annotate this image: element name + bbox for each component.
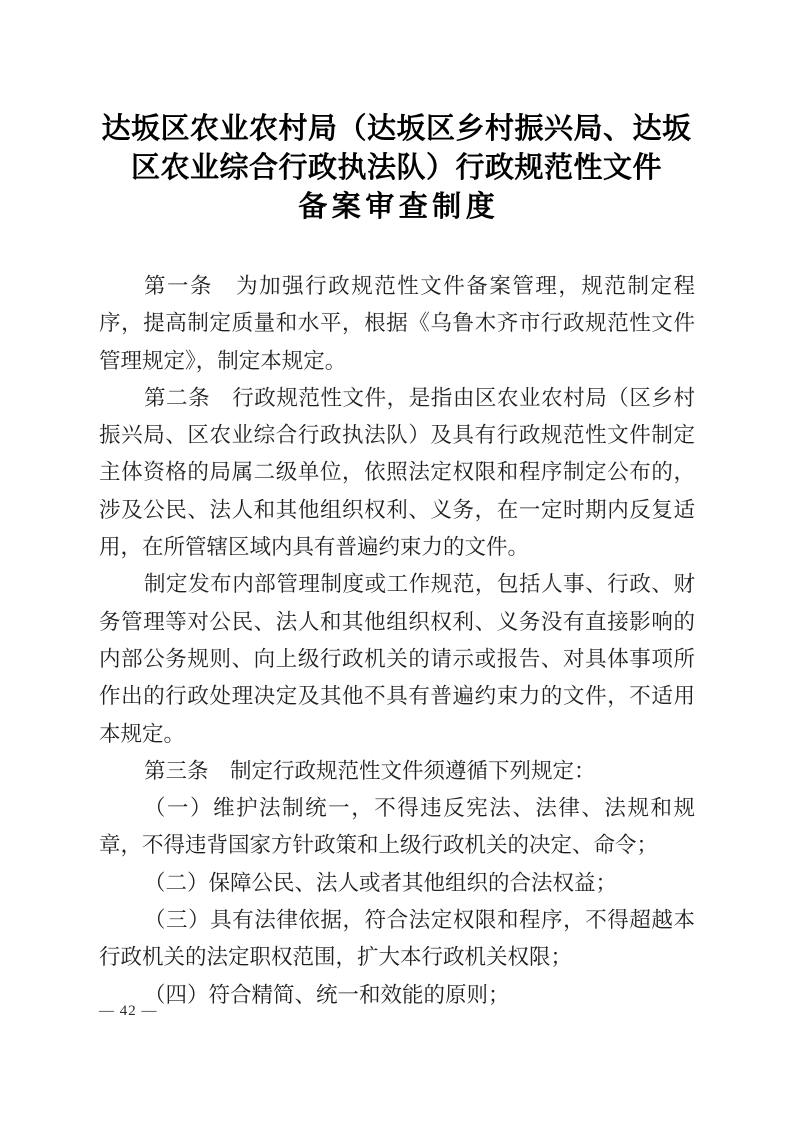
paragraph-article-3-item-2: （二）保障公民、法人或者其他组织的合法权益； [99, 865, 695, 902]
paragraph-article-1: 第一条 为加强行政规范性文件备案管理，规范制定程序，提高制定质量和水平，根据《乌… [99, 268, 695, 380]
document-title-line-2: 区农业综合行政执法队）行政规范性文件 [40, 149, 753, 188]
paragraph-article-3-item-4: （四）符合精简、统一和效能的原则； [99, 977, 695, 1014]
document-body: 第一条 为加强行政规范性文件备案管理，规范制定程序，提高制定质量和水平，根据《乌… [99, 268, 695, 1014]
paragraph-article-3-item-1: （一）维护法制统一，不得违反宪法、法律、法规和规章，不得违背国家方针政策和上级行… [99, 790, 695, 865]
document-title-line-3: 备案审查制度 [40, 188, 758, 227]
document-title: 达坂区农业农村局（达坂区乡村振兴局、达坂 区农业综合行政执法队）行政规范性文件 … [40, 110, 753, 227]
document-page: 达坂区农业农村局（达坂区乡村振兴局、达坂 区农业综合行政执法队）行政规范性文件 … [0, 0, 793, 1122]
document-title-line-1: 达坂区农业农村局（达坂区乡村振兴局、达坂 [40, 110, 753, 149]
page-number-text: — 42 — [99, 1003, 158, 1019]
paragraph-article-3-item-3: （三）具有法律依据，符合法定权限和程序，不得超越本行政机关的法定职权范围，扩大本… [99, 902, 695, 977]
page-number: — 42 — [99, 1001, 158, 1021]
paragraph-article-2: 第二条 行政规范性文件，是指由区农业农村局（区乡村振兴局、区农业综合行政执法队）… [99, 380, 695, 566]
paragraph-article-2-exclusions: 制定发布内部管理制度或工作规范，包括人事、行政、财务管理等对公民、法人和其他组织… [99, 566, 695, 752]
paragraph-article-3: 第三条 制定行政规范性文件须遵循下列规定： [99, 753, 695, 790]
